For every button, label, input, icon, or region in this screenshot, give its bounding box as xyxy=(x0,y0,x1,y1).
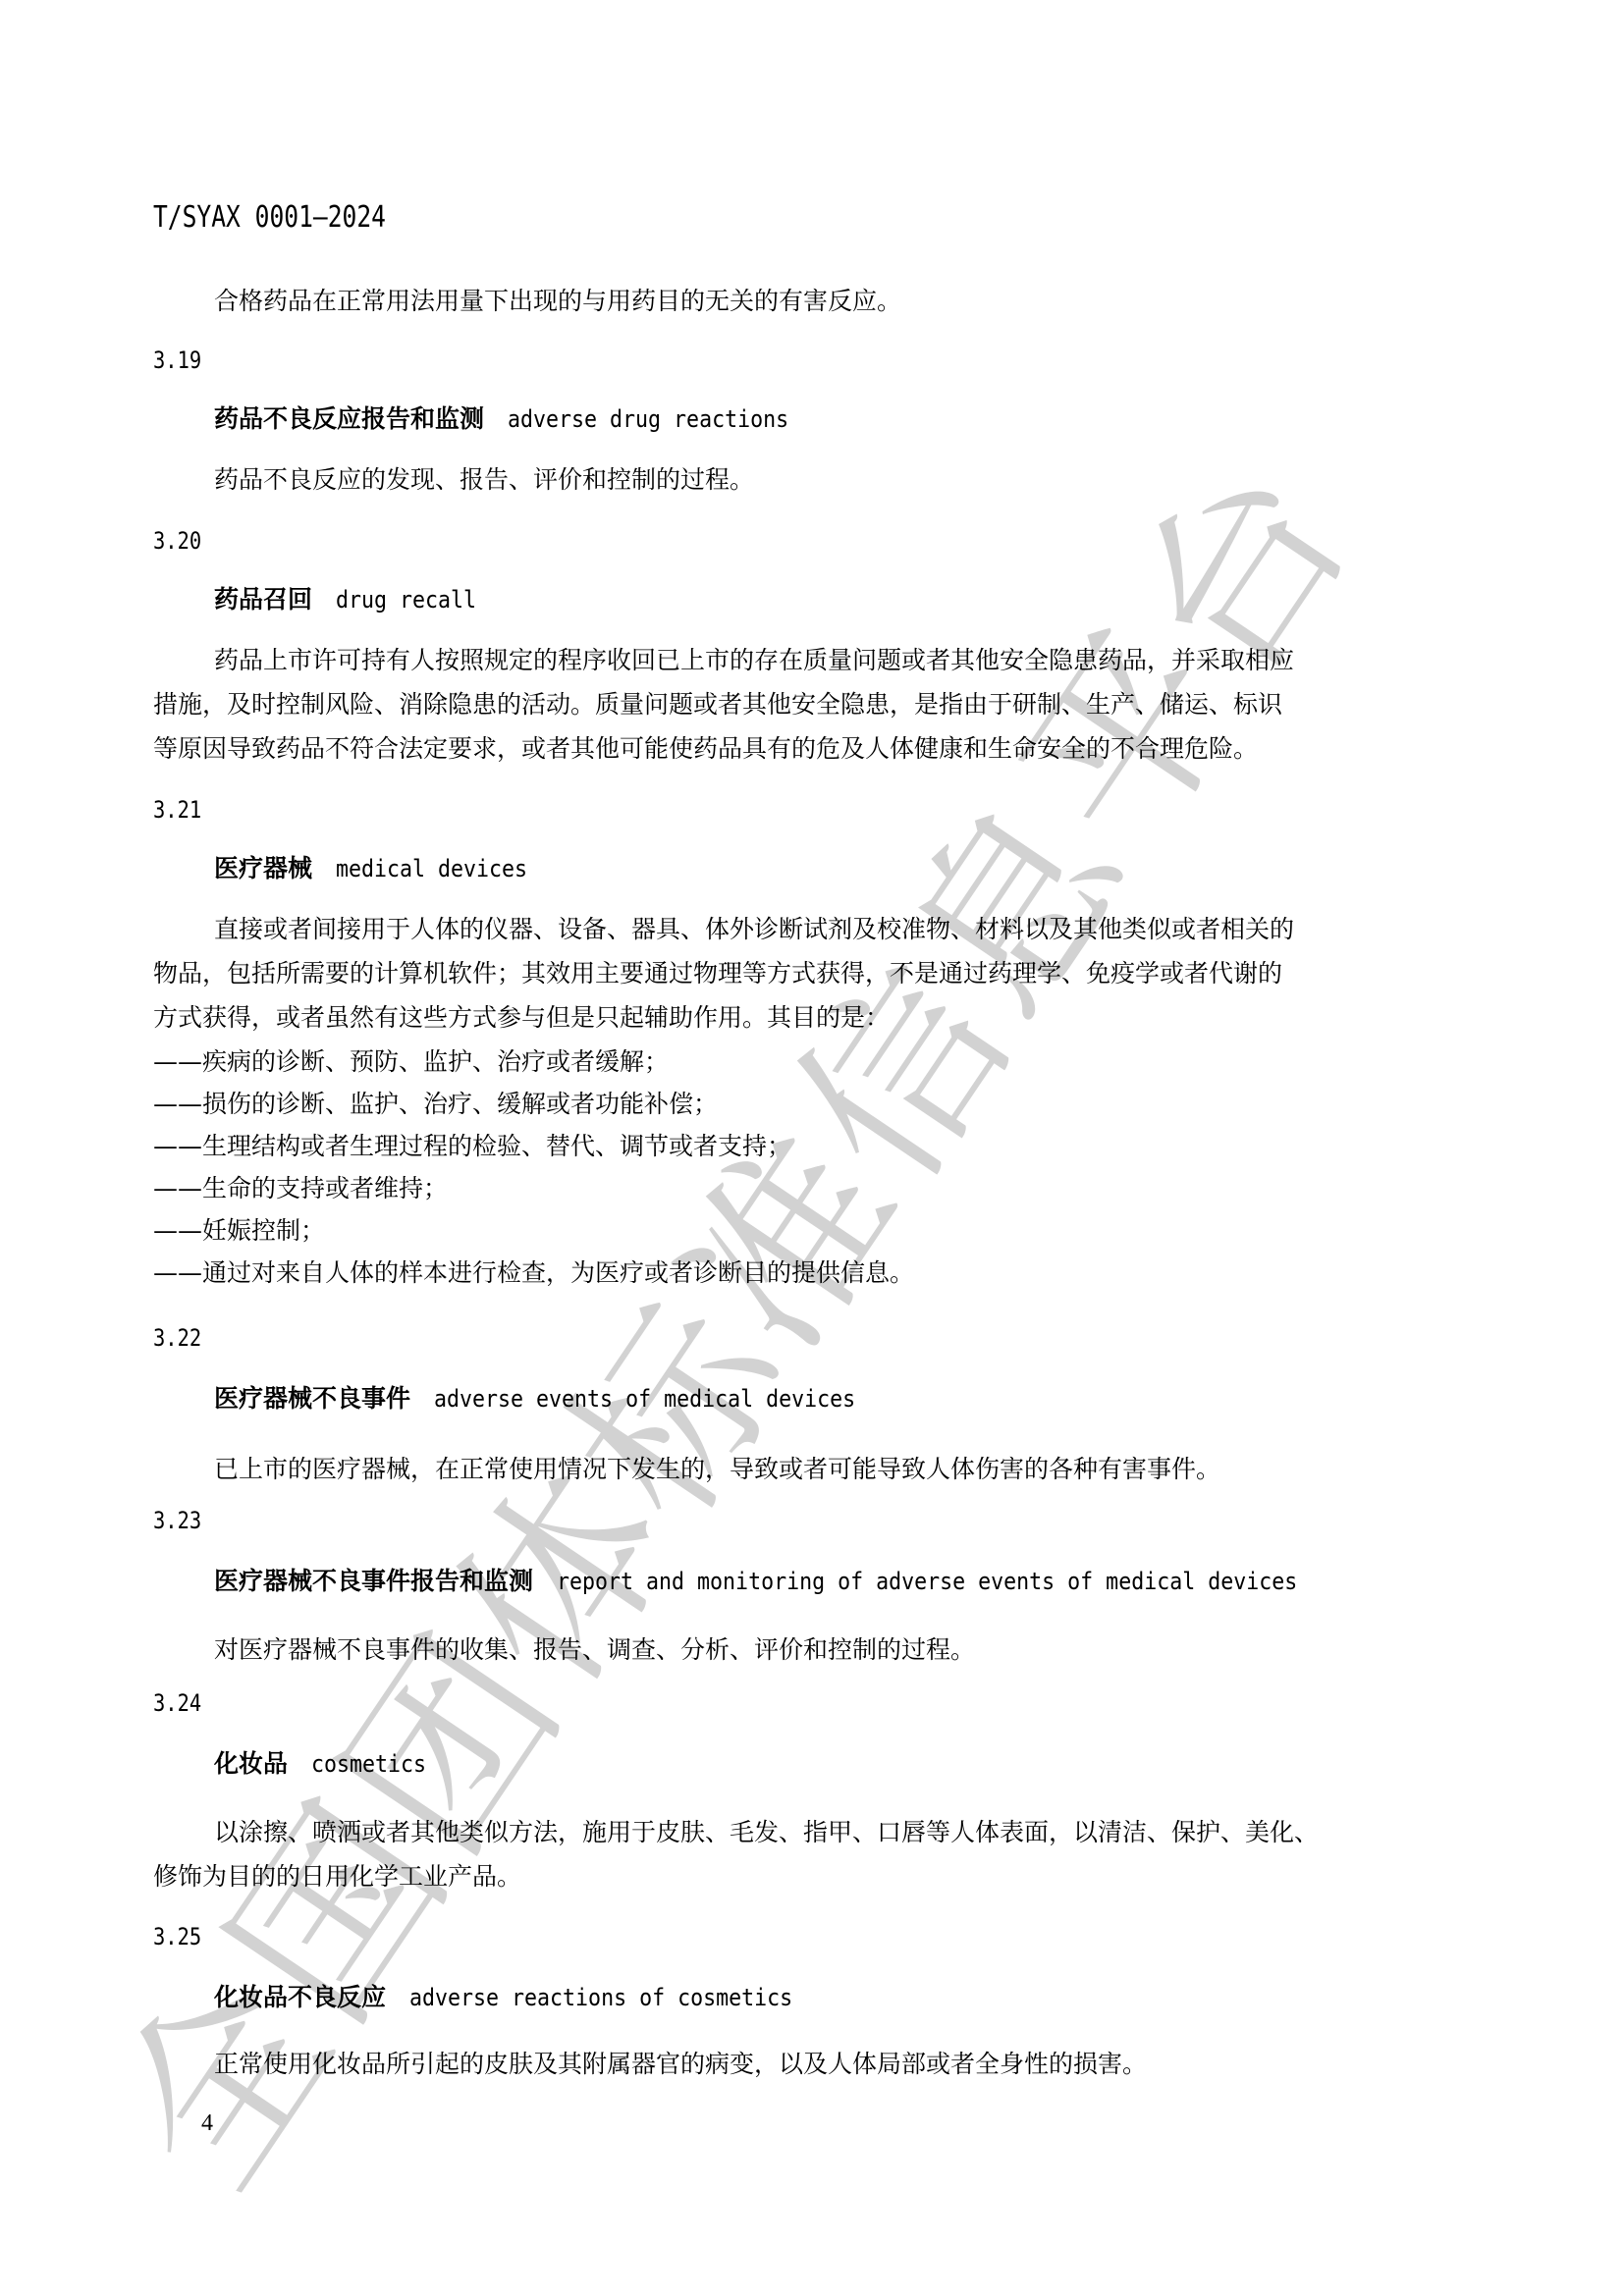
list-item: ——疾病的诊断、预防、监护、治疗或者缓解； xyxy=(153,1047,669,1077)
term-zh: 药品不良反应报告和监测 xyxy=(214,404,484,433)
term-zh: 医疗器械不良事件报告和监测 xyxy=(214,1567,533,1595)
definition-line: 措施，及时控制风险、消除隐患的活动。质量问题或者其他安全隐患，是指由于研制、生产… xyxy=(153,690,1282,720)
definition-line: 药品上市许可持有人按照规定的程序收回已上市的存在质量问题或者其他安全隐患药品，并… xyxy=(214,646,1294,675)
lead-line: 合格药品在正常用法用量下出现的与用药目的无关的有害反应。 xyxy=(214,287,901,316)
clause-number: 3.21 xyxy=(153,795,201,825)
term-heading: 药品召回drug recall xyxy=(214,585,492,614)
term-en: adverse drug reactions xyxy=(508,404,788,434)
term-heading: 化妆品不良反应adverse reactions of cosmetics xyxy=(214,1983,836,2012)
term-en: report and monitoring of adverse events … xyxy=(557,1567,1297,1596)
definition-line: 药品不良反应的发现、报告、评价和控制的过程。 xyxy=(214,465,754,495)
term-heading: 化妆品cosmetics xyxy=(214,1749,439,1779)
clause-number: 3.22 xyxy=(153,1323,201,1353)
definition-line: 已上市的医疗器械，在正常使用情况下发生的，导致或者可能导致人体伤害的各种有害事件… xyxy=(214,1455,1220,1484)
term-en: medical devices xyxy=(336,854,527,883)
list-item: ——损伤的诊断、监护、治疗、缓解或者功能补偿； xyxy=(153,1090,718,1119)
term-heading: 药品不良反应报告和监测adverse drug reactions xyxy=(214,404,820,434)
list-item: ——通过对来自人体的样本进行检查，为医疗或者诊断目的提供信息。 xyxy=(153,1258,914,1288)
definition-line: 对医疗器械不良事件的收集、报告、调查、分析、评价和控制的过程。 xyxy=(214,1635,975,1665)
definition-line: 正常使用化妆品所引起的皮肤及其附属器官的病变，以及人体局部或者全身性的损害。 xyxy=(214,2050,1147,2079)
standard-code: T/SYAX 0001—2024 xyxy=(153,200,386,235)
term-zh: 医疗器械不良事件 xyxy=(214,1384,410,1413)
term-en: adverse reactions of cosmetics xyxy=(409,1983,792,2012)
definition-line: 直接或者间接用于人体的仪器、设备、器具、体外诊断试剂及校准物、材料以及其他类似或… xyxy=(214,915,1294,944)
page-number: 4 xyxy=(201,2110,213,2137)
term-en: adverse events of medical devices xyxy=(434,1384,855,1414)
clause-number: 3.24 xyxy=(153,1688,201,1718)
term-zh: 药品召回 xyxy=(214,585,312,614)
definition-line: 修饰为目的的日用化学工业产品。 xyxy=(153,1862,521,1892)
term-zh: 医疗器械 xyxy=(214,854,312,882)
term-en: drug recall xyxy=(336,585,476,614)
definition-line: 等原因导致药品不符合法定要求，或者其他可能使药品具有的危及人体健康和生命安全的不… xyxy=(153,734,1258,764)
list-item: ——生理结构或者生理过程的检验、替代、调节或者支持； xyxy=(153,1132,791,1161)
clause-number: 3.19 xyxy=(153,346,201,375)
list-item: ——妊娠控制； xyxy=(153,1216,325,1246)
definition-line: 以涂擦、喷洒或者其他类似方法，施用于皮肤、毛发、指甲、口唇等人体表面，以清洁、保… xyxy=(214,1818,1319,1847)
term-en: cosmetics xyxy=(311,1749,426,1779)
term-heading: 医疗器械不良事件adverse events of medical device… xyxy=(214,1384,902,1414)
term-zh: 化妆品 xyxy=(214,1749,288,1778)
term-heading: 医疗器械不良事件报告和监测report and monitoring of ad… xyxy=(214,1567,1380,1596)
clause-number: 3.25 xyxy=(153,1922,201,1951)
definition-line: 方式获得，或者虽然有这些方式参与但是只起辅助作用。其目的是： xyxy=(153,1003,890,1033)
list-item: ——生命的支持或者维持； xyxy=(153,1174,448,1203)
definition-line: 物品，包括所需要的计算机软件；其效用主要通过物理等方式获得，不是通过药理学、免疫… xyxy=(153,959,1282,988)
term-heading: 医疗器械medical devices xyxy=(214,854,549,883)
clause-number: 3.20 xyxy=(153,526,201,556)
clause-number: 3.23 xyxy=(153,1506,201,1535)
term-zh: 化妆品不良反应 xyxy=(214,1983,386,2011)
